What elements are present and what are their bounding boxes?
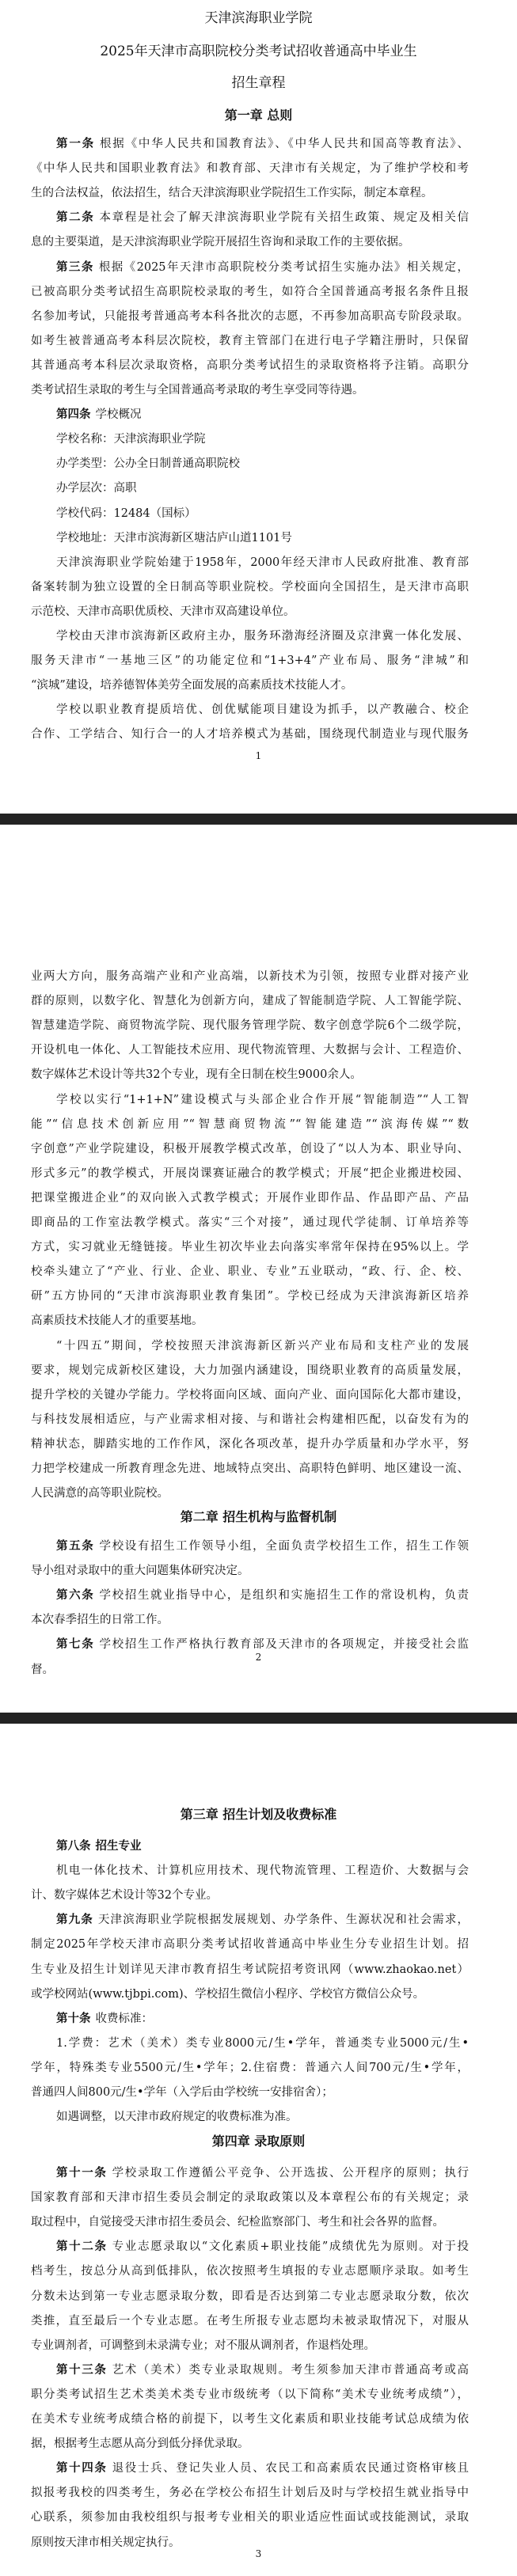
text-line: 提升学校的关键办学能力。学校将面向区域、面向产业、面向国际化大都市建设， (31, 1387, 469, 1403)
text-line: 生专业及招生计划详见天津市教育招生考试院招考资讯网（www.zhaokao.ne… (31, 1962, 469, 1978)
text-line: 制定2025年学校天津市高职分类考试招收普通高中毕业生分专业招生计划。招 (31, 1937, 469, 1952)
article-label: 第十一条 (56, 2166, 108, 2180)
line-text: 备案转制为独立设置的全日制高等职业院校。学校面向全国招生，是天津市高职 (31, 581, 469, 594)
line-text: 退役士兵、登记失业人员、农民工和高素质农民通过资格审核且 (112, 2462, 469, 2475)
line-text: 在美术专业统考成绩合格的前提下，以考生文化素质和职业技能考试总成绩为依 (31, 2413, 469, 2426)
line-text: 专业志愿录取以“文化素质+职业技能”成绩优先为原则。对于投 (112, 2240, 469, 2253)
line-text: 招生专业 (96, 1839, 142, 1853)
line-text: 1.学费：艺术（美术）类专业8000元/生•学年，普通类专业5000元/生• (56, 2037, 469, 2050)
line-text: 人民满意的高等职业院校。 (31, 1487, 169, 1500)
line-text: 校牵头建立了“产业、行业、企业、职业、专业”五业联动，“政、行、企、校、 (31, 1265, 469, 1278)
line-text: 学校名称：天津滨海职业学院 (56, 433, 206, 446)
line-text: 职分类考试招生艺术类美术类专业市级统考（以下简称“美术专业统考成绩”）， (31, 2388, 469, 2401)
line-text: 把课堂搬进企业”的双向嵌入式教学模式；开展作业即作品、作品即产品、产品 (31, 1192, 469, 1205)
line-text: 即商品的工作室法教学模式。落实“三个对接”，通过现代学徒制、订单培养等 (31, 1216, 469, 1229)
text-line: “十四五”期间，学校按照天津滨海新区新兴产业布局和支柱产业的发展 (56, 1338, 469, 1354)
text-line: 要求，规划完成新校区建设，大力加强内涵建设，围绕职业教育的高质量发展， (31, 1363, 469, 1379)
text-line: 精神状态，脚踏实地的工作作风，深化各项改革，提升办学质量和办学水平，努 (31, 1436, 469, 1452)
article-line: 第四条学校概况 (56, 407, 469, 423)
text-line: 学校以职业教育提质培优、创优赋能项目建设为抓手，以产教融合、校企 (56, 702, 469, 718)
text-line: 学年，特殊类专业5500元/生•学年；2.住宿费：普通六人间700元/生•学年， (31, 2060, 469, 2076)
line-text: 学校设有招生工作领导小组，全面负责学校招生工作，招生工作领 (99, 1540, 469, 1553)
text-line: 国家教育部和天津市招生委员会制定的录取政策以及本章程公布的有关规定；录 (31, 2190, 469, 2206)
line-text: 已被高职分类考试招生高职院校录取的考生，如符合全国普通高考报名条件且报 (31, 286, 469, 298)
text-line: 档考生，按总分从高到低排队，依次按照考生填报的专业志愿顺序录取。如考生 (31, 2263, 469, 2279)
line-text: “滨城”建设，培养德智体美劳全面发展的高素质技术技能人才。 (31, 679, 352, 692)
page-separator (0, 814, 517, 825)
line-text: 息的主要渠道，是天津滨海职业学院开展招生咨询和录取工作的主要依据。 (31, 236, 410, 248)
text-line: 研”五方协同的“天津市滨海职业教育集团”。学校已经成为天津滨海新区培养 (31, 1288, 469, 1304)
text-line: 学校地址：天津市滨海新区塘沽庐山道1101号 (56, 530, 469, 546)
line-text: 要求，规划完成新校区建设，大力加强内涵建设，围绕职业教育的高质量发展， (31, 1364, 469, 1377)
line-text: 提升学校的关键办学能力。学校将面向区域、面向产业、面向国际化大都市建设， (31, 1389, 469, 1402)
text-line: 服务天津市“一基地三区”的功能定位和“1+3+4”产业布局、服务“津城”和 (31, 653, 469, 669)
text-line: 职分类考试招生艺术类美术类专业市级统考（以下简称“美术专业统考成绩”）， (31, 2387, 469, 2403)
line-text: 据，根据考生志愿从高分到低分择优录取。 (31, 2438, 249, 2450)
page-number: 1 (0, 750, 517, 761)
article-line: 第五条学校设有招生工作领导小组，全面负责学校招生工作，招生工作领 (56, 1538, 469, 1554)
text-line: 即商品的工作室法教学模式。落实“三个对接”，通过现代学徒制、订单培养等 (31, 1215, 469, 1231)
text-line: 方式，实习就业无缝链接。毕业生初次毕业去向落实率常年保持在95%以上。学 (31, 1239, 469, 1255)
text-line: 备案转制为独立设置的全日制高等职业院校。学校面向全国招生，是天津市高职 (31, 579, 469, 595)
text-line: 合作、工学结合、知行合一的人才培养模式为基础，围绕现代制造业与现代服务 (31, 727, 469, 742)
line-text: 能”“信息技术创新应用”“智慧商贸物流”“智能建造”“滨海传媒”“数 (31, 1118, 469, 1131)
line-text: 本次春季招生的日常工作。 (31, 1614, 169, 1626)
text-line: 类推，直至最后一个专业志愿。在考生所报专业志愿均未被录取情况下，对服从 (31, 2313, 469, 2329)
line-text: 类推，直至最后一个专业志愿。在考生所报专业志愿均未被录取情况下，对服从 (31, 2315, 469, 2328)
line-text: 力把学校建成一所教育理念先进、地域特点突出、高职特色鲜明、地区建设一流、 (31, 1463, 469, 1475)
chapter-1-heading: 第一章 总则 (0, 107, 517, 124)
text-line: 学校由天津市滨海新区政府主办，服务环渤海经济圈及京津冀一体化发展、 (56, 628, 469, 644)
line-text: 学校录取工作遵循公平竞争、公开选拔、公开程序的原则；执行 (112, 2167, 469, 2180)
line-text: 形式多元”的教学模式，开展岗课赛证融合的教学模式；开展“把企业搬进校园、 (31, 1167, 469, 1180)
line-text: 艺术（美术）类专业录取规则。考生须参加天津市普通高考或高 (112, 2364, 469, 2377)
line-text: 根据《中华人民共和国教育法》、《中华人民共和国高等教育法》、 (100, 138, 469, 150)
text-line: 形式多元”的教学模式，开展岗课赛证融合的教学模式；开展“把企业搬进校园、 (31, 1166, 469, 1182)
line-text: 天津滨海职业学院根据发展规划、办学条件、生源状况和社会需求， (98, 1914, 469, 1926)
chapter-4-heading: 第四章 录取原则 (0, 2133, 517, 2150)
text-line: 其普通高考本科层次录取资格，高职分类考试招生的录取资格将予注销。高职分 (31, 358, 469, 374)
line-text: 档考生，按总分从高到低排队，依次按照考生填报的专业志愿顺序录取。如考生 (31, 2265, 469, 2278)
text-line: 如遇调整，以天津市政府规定的收费标准为准。 (56, 2109, 469, 2125)
line-text: 学校地址：天津市滨海新区塘沽庐山道1101号 (56, 532, 292, 544)
article-label: 第七条 (56, 1637, 94, 1651)
article-line: 第二条本章程是社会了解天津滨海职业学院有关招生政策、规定及相关信 (56, 210, 469, 226)
line-text: 合作、工学结合、知行合一的人才培养模式为基础，围绕现代制造业与现代服务 (31, 728, 469, 741)
school-name-title: 天津滨海职业学院 (0, 9, 517, 27)
article-line: 第三条根据《2025年天津市高职院校分类考试招生实施办法》相关规定， (56, 260, 469, 275)
text-line: 人民满意的高等职业院校。 (31, 1485, 469, 1501)
document-title-line-3: 招生章程 (0, 74, 517, 92)
line-text: 生专业及招生计划详见天津市教育招生考试院招考资讯网（www.zhaokao.ne… (31, 1963, 469, 1976)
text-line: 生的合法权益，依法招生，结合天津滨海职业学院招生工作实际，制定本章程。 (31, 185, 469, 201)
article-line: 第十一条学校录取工作遵循公平竞争、公开选拔、公开程序的原则；执行 (56, 2165, 469, 2181)
text-line: 群的原则，以数字化、智慧化为创新方向，建成了智能制造学院、人工智能学院、 (31, 993, 469, 1009)
text-line: 类考试招生录取的考生与全国普通高考录取的考生享受同等待遇。 (31, 382, 469, 398)
text-line: 专业调剂者，可调整到未录满专业；对不服从调剂者，作退档处理。 (31, 2338, 469, 2354)
article-label: 第八条 (56, 1839, 91, 1853)
text-line: 普通四人间800元/生•学年（入学后由学校统一安排宿舍）； (31, 2085, 469, 2100)
page-separator (0, 1713, 517, 1724)
line-text: 开设机电一体化、人工智能技术应用、现代物流管理、大数据与会计、工程造价、 (31, 1044, 469, 1057)
article-label: 第三条 (56, 260, 94, 274)
line-text: 《中华人民共和国职业教育法》和教育部、天津市有关规定，为了维护学校和考 (31, 162, 469, 175)
text-line: 名参加考试，只能报考普通高考本科各批次的志愿，不再参加高职高专阶段录取。 (31, 309, 469, 324)
line-text: 方式，实习就业无缝链接。毕业生初次毕业去向落实率常年保持在95%以上。学 (31, 1241, 469, 1254)
article-label: 第一条 (56, 137, 95, 150)
line-text: 学校以实行“1+1+N”建设模式与头部企业合作开展“智能制造”“人工智 (56, 1094, 469, 1106)
line-text: 计、数字媒体艺术设计等32个专业。 (31, 1889, 218, 1902)
document-title-line-2: 2025年天津市高职院校分类考试招收普通高中毕业生 (0, 43, 517, 60)
text-line: 或学校网站(www.tjbpi.com)、学校招生微信小程序、学校官方微信公众号… (31, 1986, 469, 2002)
article-line: 第九条天津滨海职业学院根据发展规划、办学条件、生源状况和社会需求， (56, 1912, 469, 1928)
line-text: 或学校网站(www.tjbpi.com)、学校招生微信小程序、学校官方微信公众号… (31, 1988, 424, 2001)
line-text: 群的原则，以数字化、智慧化为创新方向，建成了智能制造学院、人工智能学院、 (31, 995, 469, 1007)
text-line: 智慧建造学院、商贸物流学院、现代服务管理学院、数字创意学院6个二级学院， (31, 1018, 469, 1034)
line-text: 类考试招生录取的考生与全国普通高考录取的考生享受同等待遇。 (31, 384, 364, 396)
line-text: 智慧建造学院、商贸物流学院、现代服务管理学院、数字创意学院6个二级学院， (31, 1019, 469, 1032)
line-text: 如遇调整，以天津市政府规定的收费标准为准。 (56, 2111, 298, 2123)
line-text: 根据《2025年天津市高职院校分类考试招生实施办法》相关规定， (99, 261, 469, 274)
line-text: 办学类型：公办全日制普通高职院校 (56, 457, 240, 470)
page-number: 3 (0, 2548, 517, 2559)
line-text: 生的合法权益，依法招生，结合天津滨海职业学院招生工作实际，制定本章程。 (31, 187, 433, 199)
chapter-3-heading: 第三章 招生计划及收费标准 (0, 1806, 517, 1823)
line-text: 数字媒体艺术设计等共32个专业，现有全日制在校生9000余人。 (31, 1068, 362, 1081)
text-line: 字创意”产业学院建设，积极开展教学模式改革，创设了“以人为本、职业导向、 (31, 1141, 469, 1157)
text-line: 据，根据考生志愿从高分到低分择优录取。 (31, 2436, 469, 2452)
line-text: 督。 (31, 1664, 54, 1676)
line-text: 业两大方向，服务高端产业和产业高端，以新技术为引领，按照专业群对接产业 (31, 970, 469, 983)
line-text: 机电一体化技术、计算机应用技术、现代物流管理、工程造价、大数据与会 (56, 1865, 469, 1877)
text-line: 办学类型：公办全日制普通高职院校 (56, 456, 469, 472)
line-text: 办学层次：高职 (56, 482, 137, 495)
text-line: 1.学费：艺术（美术）类专业8000元/生•学年，普通类专业5000元/生• (56, 2035, 469, 2051)
line-text: 天津滨海职业学院始建于1958年，2000年经天津市人民政府批准、教育部 (56, 556, 469, 569)
page-number: 2 (0, 1652, 517, 1663)
page-2: 业两大方向，服务高端产业和产业高端，以新技术为引领，按照专业群对接产业群的原则，… (0, 825, 517, 1713)
text-line: 高素质技术技能人才的重要基地。 (31, 1313, 469, 1329)
line-text: 普通四人间800元/生•学年（入学后由学校统一安排宿舍）； (31, 2086, 333, 2099)
line-text: 学年，特殊类专业5500元/生•学年；2.住宿费：普通六人间700元/生•学年， (31, 2062, 469, 2074)
line-text: 其普通高考本科层次录取资格，高职分类考试招生的录取资格将予注销。高职分 (31, 359, 469, 372)
text-line: 力把学校建成一所教育理念先进、地域特点突出、高职特色鲜明、地区建设一流、 (31, 1461, 469, 1477)
text-line: 分数未达到第一专业志愿录取分数，即看是否达到第二专业志愿录取分数，依次 (31, 2289, 469, 2305)
text-line: 开设机电一体化、人工智能技术应用、现代物流管理、大数据与会计、工程造价、 (31, 1042, 469, 1058)
line-text: “十四五”期间，学校按照天津滨海新区新兴产业布局和支柱产业的发展 (56, 1340, 469, 1352)
line-text: 研”五方协同的“天津市滨海职业教育集团”。学校已经成为天津滨海新区培养 (31, 1290, 469, 1303)
text-line: 把课堂搬进企业”的双向嵌入式教学模式；开展作业即作品、作品即产品、产品 (31, 1190, 469, 1206)
article-label: 第九条 (56, 1913, 93, 1926)
line-text: 精神状态，脚踏实地的工作作风，深化各项改革，提升办学质量和办学水平，努 (31, 1438, 469, 1451)
article-label: 第十条 (56, 2012, 91, 2025)
text-line: 学校名称：天津滨海职业学院 (56, 431, 469, 447)
line-text: 导小组对录取中的重大问题集体研究决定。 (31, 1565, 249, 1577)
text-line: 业两大方向，服务高端产业和产业高端，以新技术为引领，按照专业群对接产业 (31, 969, 469, 984)
line-text: 取过程中，自觉接受天津市招生委员会、纪检监察部门、考生和社会各界的监督。 (31, 2216, 444, 2229)
text-line: 与科技发展相适应，与产业需求相对接、与和谐社会构建相匹配，以奋发有为的 (31, 1412, 469, 1428)
line-text: 学校代码：12484（国标） (56, 507, 196, 520)
text-line: 如考生被普通高考本科层次院校，教育主管部门在进行电子学籍注册时，只保留 (31, 333, 469, 349)
article-line: 第十四条退役士兵、登记失业人员、农民工和高素质农民通过资格审核且 (56, 2460, 469, 2476)
text-line: 机电一体化技术、计算机应用技术、现代物流管理、工程造价、大数据与会 (56, 1863, 469, 1879)
line-text: 学校招生就业指导中心，是组织和实施招生工作的常设机构，负责 (99, 1589, 469, 1602)
text-line: 心联系，须参加由我校组织与报考专业相关的职业适应性面试或技能测试，录取 (31, 2510, 469, 2525)
text-line: 办学层次：高职 (56, 480, 469, 496)
text-line: 拟报考我校的四类考生，务必在学校公布招生计划后及时与学校招生就业指导中 (31, 2485, 469, 2501)
line-text: 国家教育部和天津市招生委员会制定的录取政策以及本章程公布的有关规定；录 (31, 2191, 469, 2204)
page-1: 天津滨海职业学院 2025年天津市高职院校分类考试招收普通高中毕业生 招生章程 … (0, 0, 517, 814)
line-text: 学校由天津市滨海新区政府主办，服务环渤海经济圈及京津冀一体化发展、 (56, 630, 469, 643)
article-line: 第八条招生专业 (56, 1838, 469, 1854)
text-line: 计、数字媒体艺术设计等32个专业。 (31, 1887, 469, 1903)
line-text: 心联系，须参加由我校组织与报考专业相关的职业适应性面试或技能测试，录取 (31, 2511, 469, 2524)
text-line: 本次春季招生的日常工作。 (31, 1612, 469, 1628)
line-text: 名参加考试，只能报考普通高考本科各批次的志愿，不再参加高职高专阶段录取。 (31, 310, 469, 323)
text-line: 已被高职分类考试招生高职院校录取的考生，如符合全国普通高考报名条件且报 (31, 284, 469, 300)
text-line: 学校以实行“1+1+N”建设模式与头部企业合作开展“智能制造”“人工智 (56, 1092, 469, 1108)
page-3: 第三章 招生计划及收费标准 第八条招生专业机电一体化技术、计算机应用技术、现代物… (0, 1724, 517, 2576)
article-label: 第十二条 (56, 2240, 108, 2253)
line-text: 学校招生工作严格执行教育部及天津市的各项规定，并接受社会监 (99, 1638, 469, 1651)
text-line: 在美术专业统考成绩合格的前提下，以考生文化素质和职业技能考试总成绩为依 (31, 2411, 469, 2427)
text-line: 学校代码：12484（国标） (56, 506, 469, 522)
line-text: 制定2025年学校天津市高职分类考试招收普通高中毕业生分专业招生计划。招 (31, 1938, 469, 1951)
article-line: 第一条根据《中华人民共和国教育法》、《中华人民共和国高等教育法》、 (56, 136, 469, 152)
text-line: 能”“信息技术创新应用”“智慧商贸物流”“智能建造”“滨海传媒”“数 (31, 1117, 469, 1132)
line-text: 本章程是社会了解天津滨海职业学院有关招生政策、规定及相关信 (99, 211, 469, 224)
article-label: 第十四条 (56, 2461, 108, 2475)
article-line: 第十二条专业志愿录取以“文化素质+职业技能”成绩优先为原则。对于投 (56, 2239, 469, 2255)
line-text: 收费标准： (96, 2013, 154, 2025)
line-text: 如考生被普通高考本科层次院校，教育主管部门在进行电子学籍注册时，只保留 (31, 335, 469, 347)
line-text: 与科技发展相适应，与产业需求相对接、与和谐社会构建相匹配，以奋发有为的 (31, 1413, 469, 1426)
article-label: 第五条 (56, 1539, 94, 1553)
line-text: 高素质技术技能人才的重要基地。 (31, 1315, 203, 1327)
line-text: 示范校、天津市高职优质校、天津市双高建设单位。 (31, 605, 295, 618)
line-text: 服务天津市“一基地三区”的功能定位和“1+3+4”产业布局、服务“津城”和 (31, 654, 469, 667)
line-text: 分数未达到第一专业志愿录取分数，即看是否达到第二专业志愿录取分数，依次 (31, 2290, 469, 2303)
text-line: 校牵头建立了“产业、行业、企业、职业、专业”五业联动，“政、行、企、校、 (31, 1264, 469, 1280)
line-text: 学校以职业教育提质培优、创优赋能项目建设为抓手，以产教融合、校企 (56, 704, 469, 716)
text-line: 天津滨海职业学院始建于1958年，2000年经天津市人民政府批准、教育部 (56, 555, 469, 571)
chapter-2-heading: 第二章 招生机构与监督机制 (0, 1508, 517, 1526)
line-text: 学校概况 (96, 408, 142, 421)
article-line: 第七条学校招生工作严格执行教育部及天津市的各项规定，并接受社会监 (56, 1637, 469, 1652)
line-text: 原则按天津市相关规定执行。 (31, 2536, 181, 2549)
text-line: 导小组对录取中的重大问题集体研究决定。 (31, 1563, 469, 1579)
text-line: “滨城”建设，培养德智体美劳全面发展的高素质技术技能人才。 (31, 677, 469, 693)
text-line: 督。 (31, 1662, 469, 1678)
article-label: 第四条 (56, 408, 91, 421)
text-line: 息的主要渠道，是天津滨海职业学院开展招生咨询和录取工作的主要依据。 (31, 234, 469, 250)
text-line: 数字媒体艺术设计等共32个专业，现有全日制在校生9000余人。 (31, 1067, 469, 1083)
article-label: 第二条 (56, 211, 94, 224)
line-text: 专业调剂者，可调整到未录满专业；对不服从调剂者，作退档处理。 (31, 2339, 375, 2352)
text-line: 取过程中，自觉接受天津市招生委员会、纪检监察部门、考生和社会各界的监督。 (31, 2214, 469, 2230)
line-text: 字创意”产业学院建设，积极开展教学模式改革，创设了“以人为本、职业导向、 (31, 1143, 469, 1155)
article-label: 第六条 (56, 1588, 94, 1602)
article-line: 第十三条艺术（美术）类专业录取规则。考生须参加天津市普通高考或高 (56, 2362, 469, 2378)
text-line: 示范校、天津市高职优质校、天津市双高建设单位。 (31, 604, 469, 620)
article-line: 第十条收费标准： (56, 2011, 469, 2027)
article-label: 第十三条 (56, 2363, 108, 2377)
line-text: 拟报考我校的四类考生，务必在学校公布招生计划后及时与学校招生就业指导中 (31, 2487, 469, 2499)
text-line: 《中华人民共和国职业教育法》和教育部、天津市有关规定，为了维护学校和考 (31, 161, 469, 176)
article-line: 第六条学校招生就业指导中心，是组织和实施招生工作的常设机构，负责 (56, 1588, 469, 1603)
